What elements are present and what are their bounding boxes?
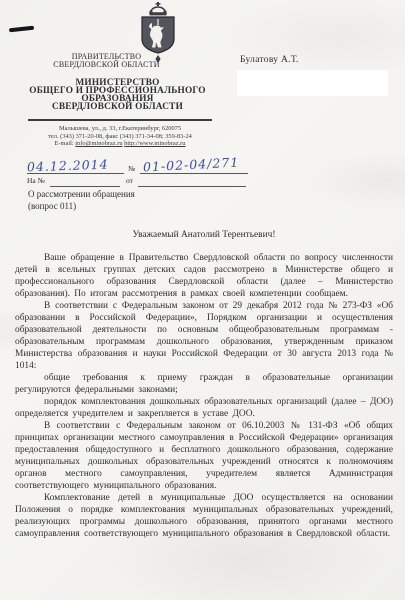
pen-dash-mark — [9, 26, 34, 32]
letterhead-divider — [28, 119, 212, 121]
body-paragraph-2: В соответствии с Федеральным законом от … — [15, 300, 393, 372]
postal-address: Малышева, ул., д. 33, г.Екатеринбург, 62… — [20, 125, 220, 133]
number-sign-label: № — [128, 164, 135, 173]
ministry-title: МИНИСТЕРСТВО ОБЩЕГО И ПРОФЕССИОНАЛЬНОГО … — [20, 80, 215, 112]
government-title-line2: СВЕРДЛОВСКОЙ ОБЛАСТИ — [14, 61, 199, 69]
scanned-letter-page: ПРАВИТЕЛЬСТВО СВЕРДЛОВСКОЙ ОБЛАСТИ МИНИС… — [0, 0, 405, 600]
body-paragraph-1: Ваше обращение в Правительство Свердловс… — [15, 252, 393, 300]
phone-fax-line: тел. (343) 371-20-08, факс (343) 371-34-… — [20, 133, 220, 141]
number-blank-line — [140, 173, 248, 174]
date-blank-line — [27, 173, 124, 174]
salutation: Уважаемый Анатолий Терентьевич! — [15, 229, 393, 241]
body-paragraph-3: общие требования к приему граждан в обра… — [15, 372, 393, 396]
contact-block: Малышева, ул., д. 33, г.Екатеринбург, 62… — [20, 125, 220, 148]
government-title: ПРАВИТЕЛЬСТВО СВЕРДЛОВСКОЙ ОБЛАСТИ — [14, 53, 199, 68]
subject-line1: О рассмотрении обращения — [28, 189, 218, 201]
body-paragraph-4: порядок комплектования дошкольных образо… — [15, 396, 393, 420]
reply-from-label: от — [126, 176, 133, 185]
subject-block: О рассмотрении обращения (вопрос 011) — [28, 189, 218, 212]
reply-to-number-label: На № — [27, 176, 45, 185]
email-address: info@minobraz.ru — [75, 140, 122, 147]
handwritten-date: 04.12.2014 — [27, 157, 109, 175]
letter-body: Уважаемый Анатолий Терентьевич! Ваше обр… — [15, 229, 393, 540]
email-website-line: E-mail: info@minobraz.ru http://www.mino… — [20, 140, 220, 148]
reply-number-blank-line — [50, 186, 120, 187]
email-label: E-mail: — [55, 140, 74, 147]
redacted-address-box — [237, 70, 388, 96]
subject-line2: (вопрос 011) — [28, 201, 218, 213]
website-address: http://www.minobraz.ru — [124, 140, 185, 147]
recipient-name: Булатову А.Т. — [240, 55, 299, 65]
body-paragraph-6: Комплектование детей в муниципальные ДОО… — [15, 492, 393, 540]
ministry-title-line4: СВЕРДЛОВСКОЙ ОБЛАСТИ — [20, 104, 215, 112]
reply-date-blank-line — [138, 186, 246, 187]
body-paragraph-5: В соответствии с Федеральным законом от … — [15, 420, 393, 492]
handwritten-outgoing-number: 01-02-04/271 — [143, 154, 240, 174]
